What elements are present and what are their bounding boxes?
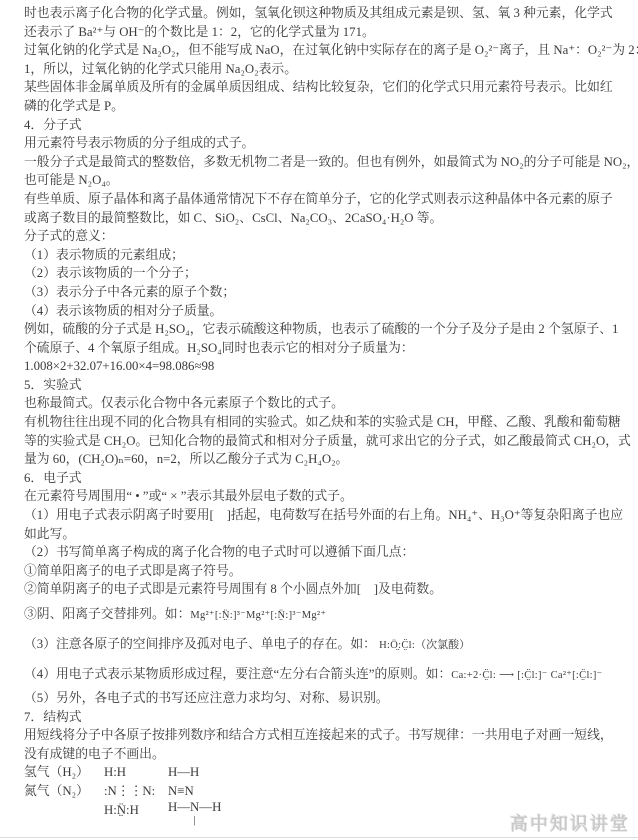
text-segment: （4）用电子式表示某物质形成过程，要注意“左分右合箭头连”的原则。如： bbox=[24, 667, 451, 681]
bond-below: | bbox=[194, 814, 196, 827]
electron-formula-mg3n2: Mg²⁺[:N̤̈:]³⁻Mg²⁺[:N̤̈:]³⁻Mg²⁺ bbox=[190, 610, 326, 621]
electron-formula-cacl2: Ca:+2·C̤̈l: ⟶ [:C̤̈l:]⁻ Ca²⁺[:C̤̈l:]⁻ bbox=[451, 670, 602, 681]
text-line: 用短线将分子中各原子按排列数序和结合方式相互连接起来的式子。书写规律：一共用电子… bbox=[24, 726, 622, 745]
text-line: 1，所以，过氧化钠的化学式只能用 Na₂O₂表示。 bbox=[24, 60, 622, 79]
text-line: 如此写。 bbox=[24, 525, 622, 544]
formula-note: （次氯酸） bbox=[415, 639, 470, 651]
text-line: （2）书写简单离子构成的离子化合物的电子式时可以遵循下面几点： bbox=[24, 543, 622, 562]
text-line: 在元素符号周围用“ • ”或“ × ”表示其最外层电子数的式子。 bbox=[24, 487, 622, 506]
calculation-line: 1.008×2+32.07+16.00×4=98.086≈98 bbox=[24, 357, 622, 376]
text-line: （1）用电子式表示阴离子时要用[ ]括起，电荷数写在括号外面的右上角。NH₄⁺、… bbox=[24, 506, 622, 525]
electron-formula-nh3: H:N̤̈:H bbox=[104, 801, 168, 820]
list-item: （3）表示分子中各元素的原子个数； bbox=[24, 283, 622, 302]
text-line: 某些固体非金属单质及所有的金属单质因组成、结构比较复杂，它们的化学式只用元素符号… bbox=[24, 78, 622, 97]
section-heading-electron-formula: 6．电子式 bbox=[24, 469, 622, 488]
text-line: 还表示了 Ba²⁺与 OH⁻的个数比是 1：2，它的化学式量为 171。 bbox=[24, 23, 622, 42]
list-item: （2）表示该物质的一个分子； bbox=[24, 264, 622, 283]
list-item: ①简单阳离子的电子式即是离子符号。 bbox=[24, 562, 622, 581]
text-line-with-formula: （3）注意各原子的空间排序及孤对电子、单电子的存在。如： H:Ö̤:C̤̈l:… bbox=[24, 629, 622, 659]
list-item: （1）表示物质的元素组成； bbox=[24, 246, 622, 265]
text-line: 磷的化学式是 P。 bbox=[24, 97, 622, 116]
electron-formula-h2: H:H bbox=[104, 763, 168, 782]
text-line: 一般分子式是最简式的整数倍，多数无机物二者是一致的。但也有例外，如最简式为 NO… bbox=[24, 153, 622, 172]
text-segment: （3）注意各原子的空间排序及孤对电子、单电子的存在。如： bbox=[24, 637, 376, 651]
text-line-with-formula: （4）用电子式表示某物质形成过程，要注意“左分右合箭头连”的原则。如：Ca:+2… bbox=[24, 659, 622, 689]
text-line: 过氧化钠的化学式是 Na₂O₂，但不能写成 NaO，在过氧化钠中实际存在的离子是… bbox=[24, 41, 622, 60]
text-line: 也称最简式。仅表示化合物中各元素原子个数比的式子。 bbox=[24, 394, 622, 413]
formula-row-hydrogen: 氢气（H₂） H:H H—H bbox=[24, 763, 622, 782]
text-segment: ③阴、阳离子交替排列。如： bbox=[24, 607, 190, 621]
text-line: 用元素符号表示物质的分子组成的式子。 bbox=[24, 134, 622, 153]
text-line: 量为 60，(CH₂O)ₙ=60，n=2，所以乙酸分子式为 C₂H₄O₂。 bbox=[24, 450, 622, 469]
text-line: 例如，硫酸的分子式是 H₂SO₄，它表示硫酸这种物质，也表示了硫酸的一个分子及分… bbox=[24, 320, 622, 339]
text-line: 个硫原子、4 个氧原子组成。H₂SO₄同时也表示它的相对分子质量为： bbox=[24, 339, 622, 358]
text-line: 分子式的意义： bbox=[24, 227, 622, 246]
text-line: 等的实验式是 CH₂O。已知化合物的最简式和相对分子质量，就可求出它的分子式，如… bbox=[24, 432, 622, 451]
structural-formula-n2: N≡N bbox=[168, 782, 194, 801]
formula-row-nitrogen: 氮气（N₂） :N⋮⋮N: N≡N bbox=[24, 782, 622, 801]
list-item: ②简单阴离子的电子式即是元素符号周围有 8 个小圆点外加[ ]及电荷数。 bbox=[24, 580, 622, 599]
page-bottom-divider bbox=[0, 837, 638, 838]
substance-label: 氮气（N₂） bbox=[24, 782, 104, 801]
text-line: 或离子数目的最简整数比，如 C、SiO₂、CsCl、Na₂CO₃、2CaSO₄·… bbox=[24, 209, 622, 228]
text-line: 也可能是 N₂O₄。 bbox=[24, 171, 622, 190]
section-heading-empirical-formula: 5．实验式 bbox=[24, 376, 622, 395]
section-heading-structural-formula: 7．结构式 bbox=[24, 708, 622, 727]
text-line: 有些单质、原子晶体和离子晶体通常情况下不存在简单分子，它的化学式则表示这种晶体中… bbox=[24, 190, 622, 209]
substance-label: 氢气（H₂） bbox=[24, 763, 104, 782]
structural-formula-nh3: H—N—H | bbox=[168, 801, 221, 820]
electron-formula-hclo: H:Ö̤:C̤̈l: bbox=[379, 640, 415, 651]
text-line: 有机物往往出现不同的化合物具有相同的实验式。如乙炔和苯的实验式是 CH，甲醛、乙… bbox=[24, 413, 622, 432]
document-page: 时也表示离子化合物的化学式量。例如，氢氧化钡这种物质及其组成元素是钡、氢、氧 3… bbox=[0, 0, 638, 840]
text-line: 时也表示离子化合物的化学式量。例如，氢氧化钡这种物质及其组成元素是钡、氢、氧 3… bbox=[24, 4, 622, 23]
electron-formula-n2: :N⋮⋮N: bbox=[104, 782, 168, 801]
text-line-with-formula: ③阴、阳离子交替排列。如：Mg²⁺[:N̤̈:]³⁻Mg²⁺[:N̤̈:]³⁻M… bbox=[24, 599, 622, 629]
list-item: （5）另外，各电子式的书写还应注意力求均匀、对称、易识别。 bbox=[24, 689, 622, 708]
section-heading-molecular-formula: 4．分子式 bbox=[24, 116, 622, 135]
substance-label bbox=[24, 801, 104, 820]
watermark: 高中知识讲堂 bbox=[510, 815, 630, 834]
structural-formula-h2: H—H bbox=[168, 763, 199, 782]
structural-formula-top: H—N—H bbox=[168, 801, 221, 814]
list-item: （4）表示该物质的相对分子质量。 bbox=[24, 302, 622, 321]
text-line: 没有成键的电子不画出。 bbox=[24, 745, 622, 764]
